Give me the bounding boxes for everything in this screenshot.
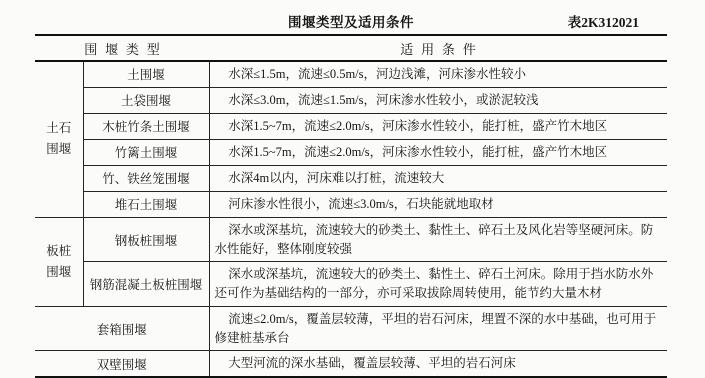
- group-cell-earth-rock: 土石围堰: [35, 61, 83, 217]
- condition-cell: 水深1.5~7m，流速≤2.0m/s，河床渗水性较小，能打桩，盛产竹木地区: [209, 113, 667, 139]
- table-row: 土袋围堰 水深≤3.0m，流速≤1.5m/s，河床渗水性较小，或淤泥较浅: [35, 87, 667, 113]
- table-row: 钢筋混凝土板桩围堰 深水或深基坑，流速较大的砂类土、黏性土、碎石土河床。除用于挡…: [35, 262, 667, 307]
- condition-cell: 水深≤1.5m，流速≤0.5m/s，河边浅滩，河床渗水性较小: [209, 61, 667, 87]
- type-cell: 木桩竹条土围堰: [83, 113, 209, 139]
- type-cell: 竹、铁丝笼围堰: [83, 165, 209, 191]
- table-title-bar: 围堰类型及适用条件 表2K312021: [35, 0, 667, 34]
- cofferdam-table: 围 堰 类 型 适 用 条 件 土石围堰 土围堰 水深≤1.5m，流速≤0.5m…: [35, 34, 667, 378]
- type-cell: 双壁围堰: [35, 351, 209, 377]
- type-cell: 竹篱土围堰: [83, 139, 209, 165]
- condition-cell: 大型河流的深水基础，覆盖层较薄、平坦的岩石河床: [209, 351, 667, 377]
- table-row: 套箱围堰 流速≤2.0m/s，覆盖层较薄，平坦的岩石河床，埋置不深的水中基础，也…: [35, 306, 667, 351]
- type-cell: 堆石土围堰: [83, 191, 209, 217]
- table-row: 土石围堰 土围堰 水深≤1.5m，流速≤0.5m/s，河边浅滩，河床渗水性较小: [35, 61, 667, 87]
- header-cofferdam-type: 围 堰 类 型: [35, 35, 209, 61]
- group-cell-sheet-pile: 板桩围堰: [35, 217, 83, 306]
- condition-cell: 河床渗水性很小，流速≤3.0m/s，石块能就地取材: [209, 191, 667, 217]
- type-cell: 土袋围堰: [83, 87, 209, 113]
- table-header-row: 围 堰 类 型 适 用 条 件: [35, 35, 667, 61]
- table-row: 竹、铁丝笼围堰 水深4m以内，河床难以打桩，流速较大: [35, 165, 667, 191]
- condition-cell: 深水或深基坑，流速较大的砂类土、黏性土、碎石土及风化岩等坚硬河床。防水性能好，整…: [209, 217, 667, 262]
- table-row: 堆石土围堰 河床渗水性很小，流速≤3.0m/s，石块能就地取材: [35, 191, 667, 217]
- table-row: 木桩竹条土围堰 水深1.5~7m，流速≤2.0m/s，河床渗水性较小，能打桩，盛…: [35, 113, 667, 139]
- header-applicable-condition: 适 用 条 件: [209, 35, 667, 61]
- condition-cell: 水深≤3.0m，流速≤1.5m/s，河床渗水性较小，或淤泥较浅: [209, 87, 667, 113]
- type-cell: 土围堰: [83, 61, 209, 87]
- type-cell: 钢筋混凝土板桩围堰: [83, 262, 209, 307]
- condition-cell: 流速≤2.0m/s，覆盖层较薄，平坦的岩石河床，埋置不深的水中基础，也可用于修建…: [209, 306, 667, 351]
- table-number: 表2K312021: [568, 11, 639, 31]
- table-row: 竹篱土围堰 水深1.5~7m，流速≤2.0m/s，河床渗水性较小，能打桩，盛产竹…: [35, 139, 667, 165]
- condition-cell: 水深4m以内，河床难以打桩，流速较大: [209, 165, 667, 191]
- document-page: 围堰类型及适用条件 表2K312021 围 堰 类 型 适 用 条 件 土石围堰…: [35, 0, 667, 378]
- table-row: 板桩围堰 钢板桩围堰 深水或深基坑，流速较大的砂类土、黏性土、碎石土及风化岩等坚…: [35, 217, 667, 262]
- table-row: 双壁围堰 大型河流的深水基础，覆盖层较薄、平坦的岩石河床: [35, 351, 667, 377]
- condition-cell: 深水或深基坑，流速较大的砂类土、黏性土、碎石土河床。除用于挡水防水外还可作为基础…: [209, 262, 667, 307]
- condition-cell: 水深1.5~7m，流速≤2.0m/s，河床渗水性较小，能打桩，盛产竹木地区: [209, 139, 667, 165]
- type-cell: 套箱围堰: [35, 306, 209, 351]
- type-cell: 钢板桩围堰: [83, 217, 209, 262]
